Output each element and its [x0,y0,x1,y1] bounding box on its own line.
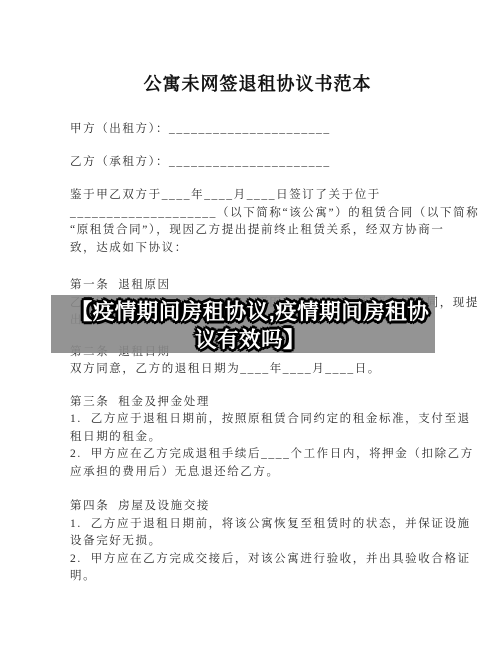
article-2-line-1: 双方同意，乙方的退租日期为____年____月____日。 [70,361,445,379]
intro-line-4: 致，达成如下协议： [70,240,445,258]
intro-paragraph: 鉴于甲乙双方于____年____月____日签订了关于位于 __________… [70,187,445,257]
article-3-line-2: 租日期的租金。 [70,429,445,447]
intro-line-2: ____________________（以下简称“该公寓”）的租赁合同（以下简… [70,205,445,223]
article-1-heading: 第一条 退租原因 [70,277,445,295]
article-4-heading: 第四条 房屋及设施交接 [70,498,445,516]
caption-line-1: 【疫情期间房租协议,疫情期间房租协 [0,298,500,326]
article-3: 第三条 租金及押金处理 1. 乙方应于退租日期前，按照原租赁合同约定的租金标准，… [70,394,445,482]
article-4-line-3: 2. 甲方应在乙方完成交接后，对该公寓进行验收，并出具验收合格证 [70,551,445,569]
intro-line-1: 鉴于甲乙双方于____年____月____日签订了关于位于 [70,187,445,205]
caption-line-2: 议有效吗】 [0,326,500,354]
article-4: 第四条 房屋及设施交接 1. 乙方应于退租日期前，将该公寓恢复至租赁时的状态，并… [70,498,445,586]
article-3-heading: 第三条 租金及押金处理 [70,394,445,412]
party-b-line: 乙方（承租方）：______________________ [70,154,445,172]
article-4-line-4: 明。 [70,568,445,586]
article-4-line-2: 设备完好无损。 [70,533,445,551]
party-a-line: 甲方（出租方）：______________________ [70,121,445,139]
intro-line-3: “原租赁合同”），现因乙方提出提前终止租赁关系，经双方协商一 [70,222,445,240]
document-title: 公寓未网签退租协议书范本 [70,73,445,95]
article-4-line-1: 1. 乙方应于退租日期前，将该公寓恢复至租赁时的状态，并保证设施 [70,516,445,534]
caption-overlay-text: 【疫情期间房租协议,疫情期间房租协 议有效吗】 [0,298,500,354]
article-3-line-1: 1. 乙方应于退租日期前，按照原租赁合同约定的租金标准，支付至退 [70,411,445,429]
article-3-line-3: 2. 甲方应在乙方完成退租手续后____个工作日内，将押金（扣除乙方 [70,446,445,464]
party-a-paragraph: 甲方（出租方）：______________________ [70,121,445,139]
article-3-line-4: 应承担的费用后）无息退还给乙方。 [70,464,445,482]
document-image: 公寓未网签退租协议书范本 甲方（出租方）：___________________… [0,0,500,647]
party-b-paragraph: 乙方（承租方）：______________________ [70,154,445,172]
